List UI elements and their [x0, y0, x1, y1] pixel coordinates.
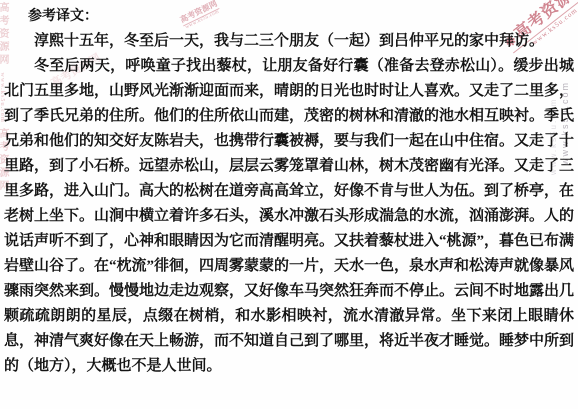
- translation-paragraph-2: 冬至后两天，呼唤童子找出藜杖，让朋友备好行囊（准备去登赤松山）。缓步出城北门五里…: [4, 54, 574, 379]
- document-page: 高考资源网 www.ks5u.com 高考资源网 高考资源网 www.ks5u.…: [0, 0, 578, 409]
- translation-paragraph-1: 淳熙十五年，冬至后一天，我与二三个朋友（一起）到吕仲平兄的家中拜访。: [4, 29, 574, 54]
- translation-content: 参考译文： 淳熙十五年，冬至后一天，我与二三个朋友（一起）到吕仲平兄的家中拜访。…: [4, 5, 574, 379]
- reference-translation-heading: 参考译文：: [4, 5, 574, 29]
